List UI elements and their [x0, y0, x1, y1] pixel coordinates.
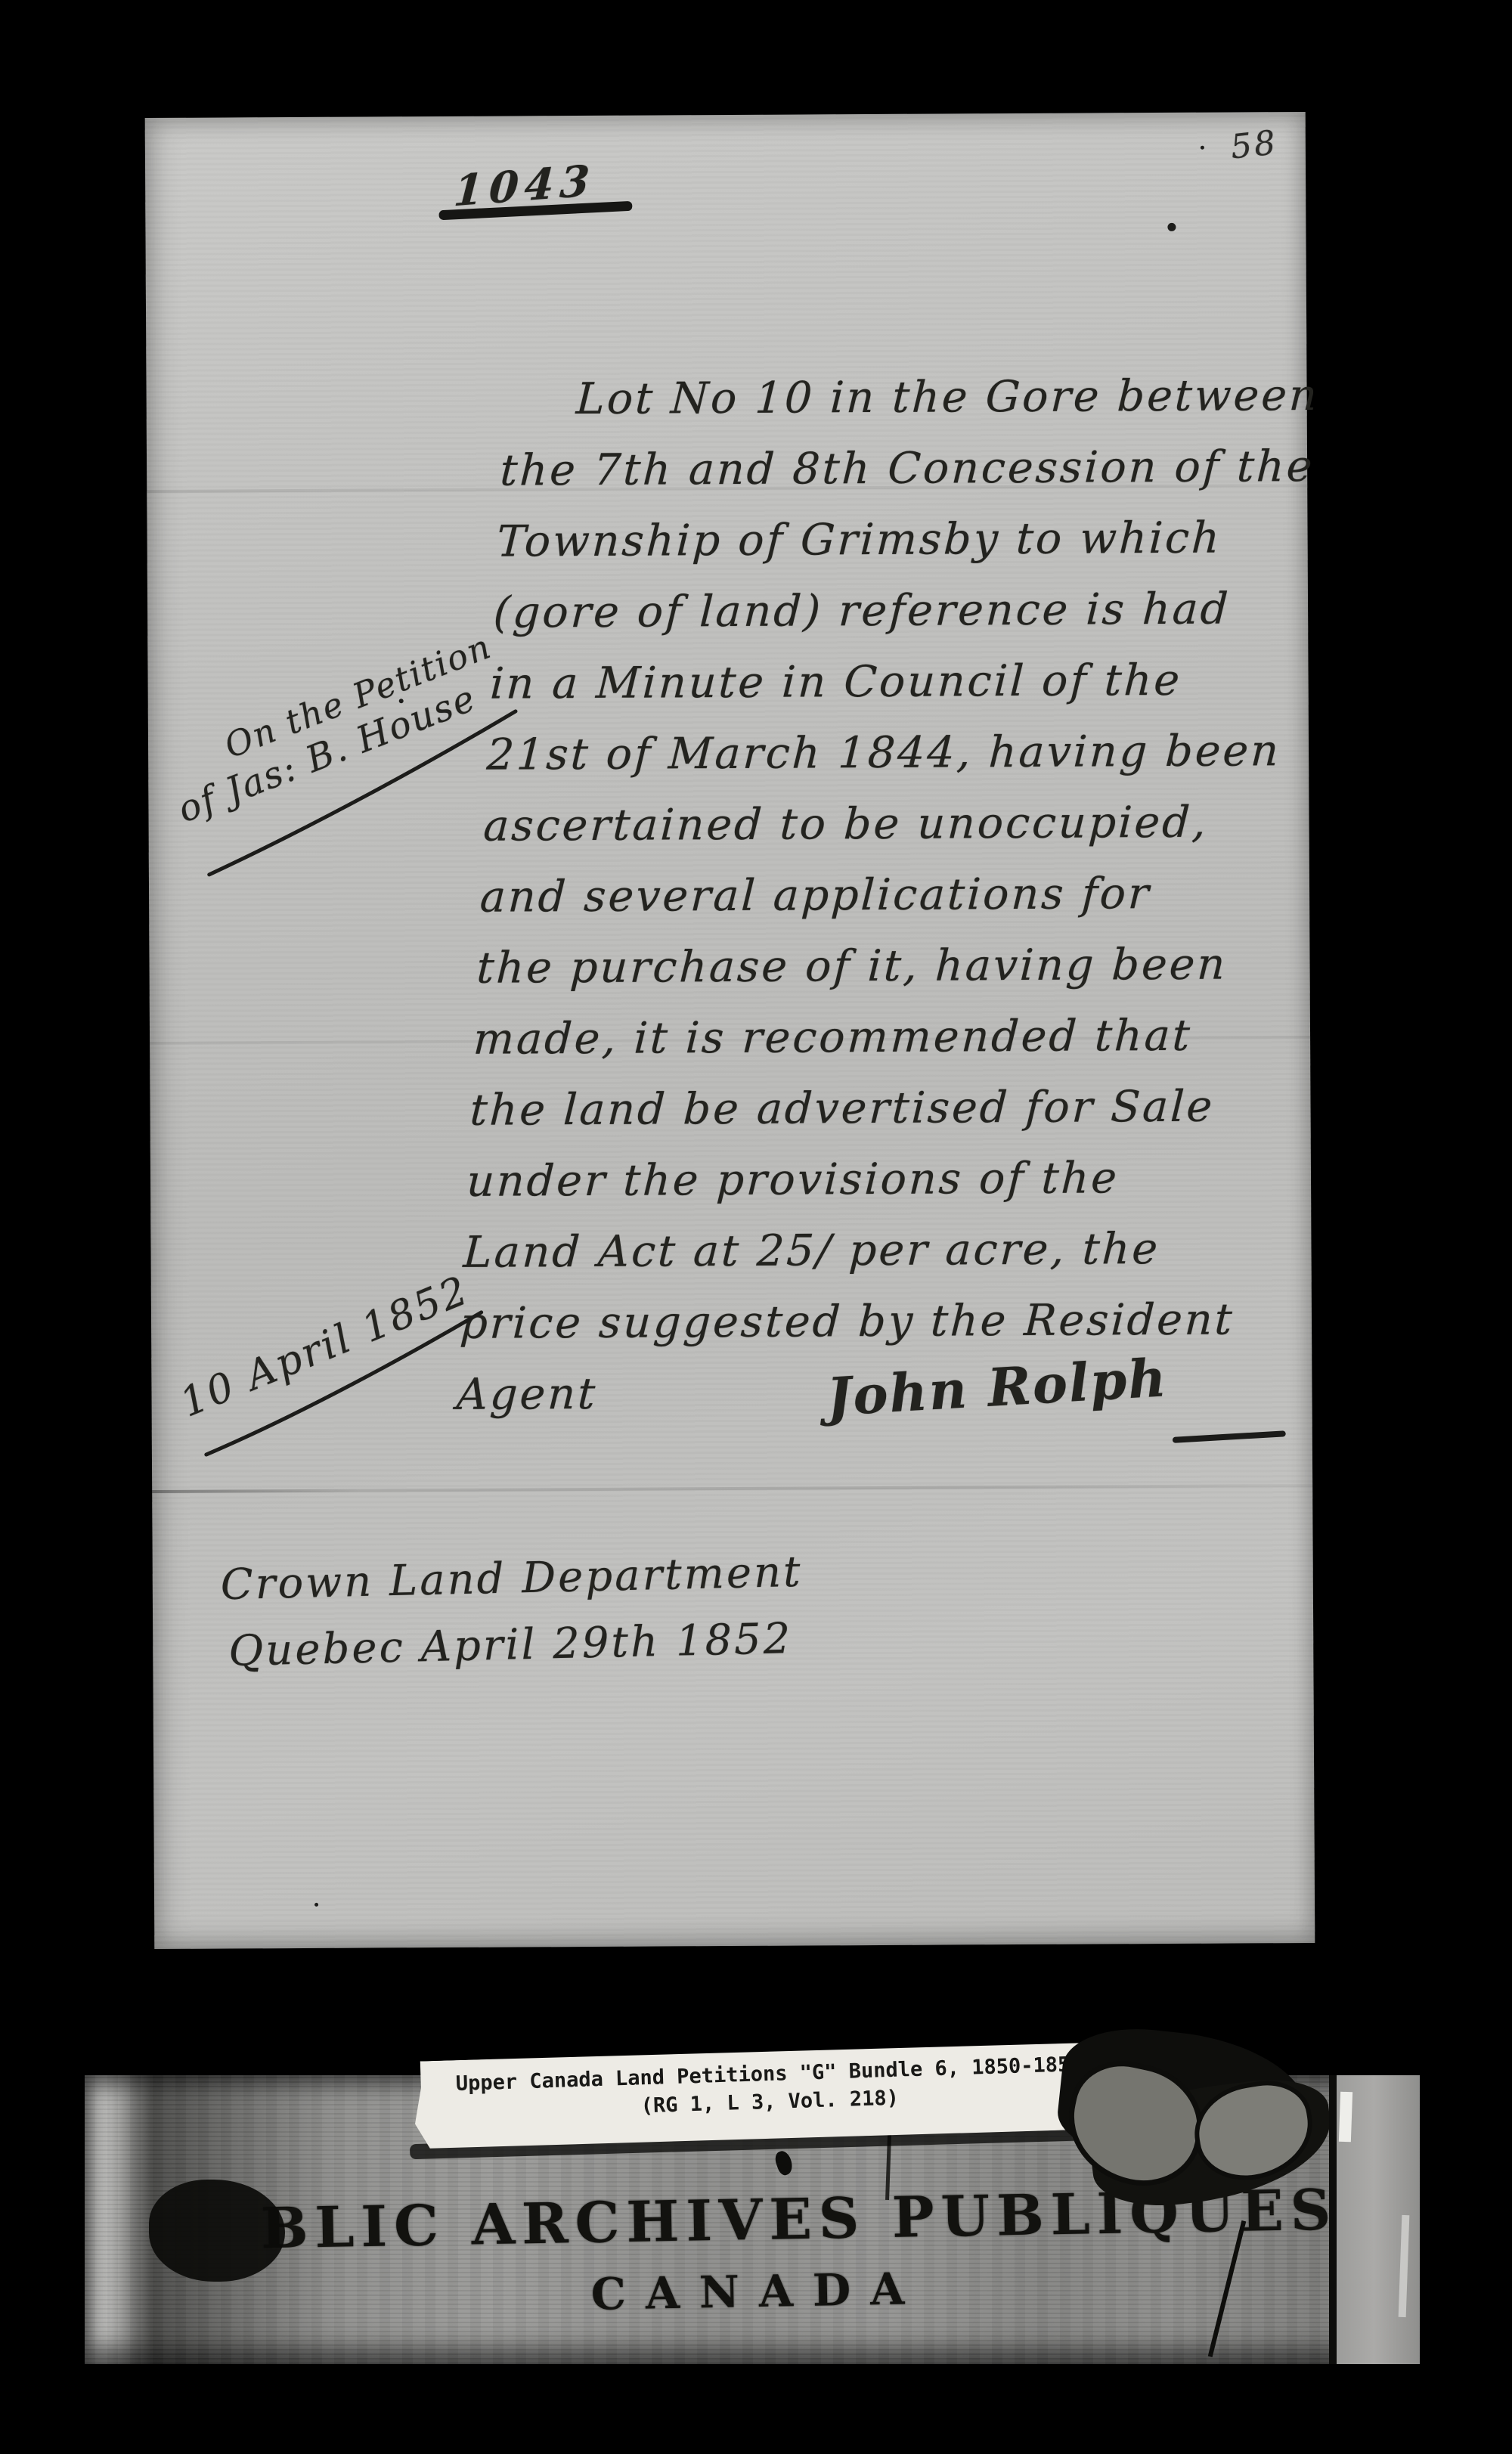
torn-white-sliver — [1339, 2092, 1352, 2143]
ink-speck — [399, 699, 404, 703]
body-line: 21st of March 1844, having been — [485, 715, 1365, 791]
signature-flourish — [1173, 1430, 1286, 1443]
body-line: Township of Grimsby to which — [495, 502, 1375, 578]
body-line: and several applications for — [479, 857, 1359, 933]
body-line: the 7th and 8th Concession of the — [498, 430, 1378, 506]
office-line-department: Crown Land Department — [220, 1548, 803, 1610]
fold-crease — [152, 1484, 1312, 1493]
body-line: under the provisions of the — [465, 1142, 1345, 1217]
archives-stamp-line2: CANADA — [191, 2256, 1325, 2327]
body-line: ascertained to be unoccupied, — [482, 786, 1362, 862]
body-line: the purchase of it, having been — [475, 928, 1355, 1004]
docket-number: 1043 — [452, 153, 633, 222]
body-line: Lot No 10 in the Gore between — [502, 359, 1382, 435]
letter-body: Lot No 10 in the Gore between the 7th an… — [455, 359, 1382, 1430]
scanned-page: 1043 58 Lot No 10 in the Gore between th… — [0, 0, 1512, 2454]
body-line: price suggested by the Resident — [458, 1284, 1338, 1359]
damage-stain — [149, 2180, 285, 2282]
page-number: 58 — [1228, 123, 1279, 166]
archive-box-spine: BLIC ARCHIVES PUBLIQUES CANADA Upper Can… — [85, 2075, 1412, 2364]
body-line: in a Minute in Council of the — [488, 644, 1368, 720]
body-line: the land be advertised for Sale — [469, 1071, 1349, 1146]
body-line: Land Act at 25/ per acre, the — [462, 1213, 1342, 1288]
body-line: (gore of land) reference is had — [492, 573, 1372, 649]
office-line-date: Quebec April 29th 1852 — [228, 1614, 793, 1676]
ink-speck — [1167, 223, 1176, 231]
ink-speck — [314, 1903, 318, 1907]
damage-stain — [773, 2149, 795, 2177]
ink-speck — [1201, 146, 1204, 150]
body-line: made, it is recommended that — [472, 999, 1352, 1075]
petition-document-paper: 1043 58 Lot No 10 in the Gore between th… — [145, 112, 1315, 1949]
